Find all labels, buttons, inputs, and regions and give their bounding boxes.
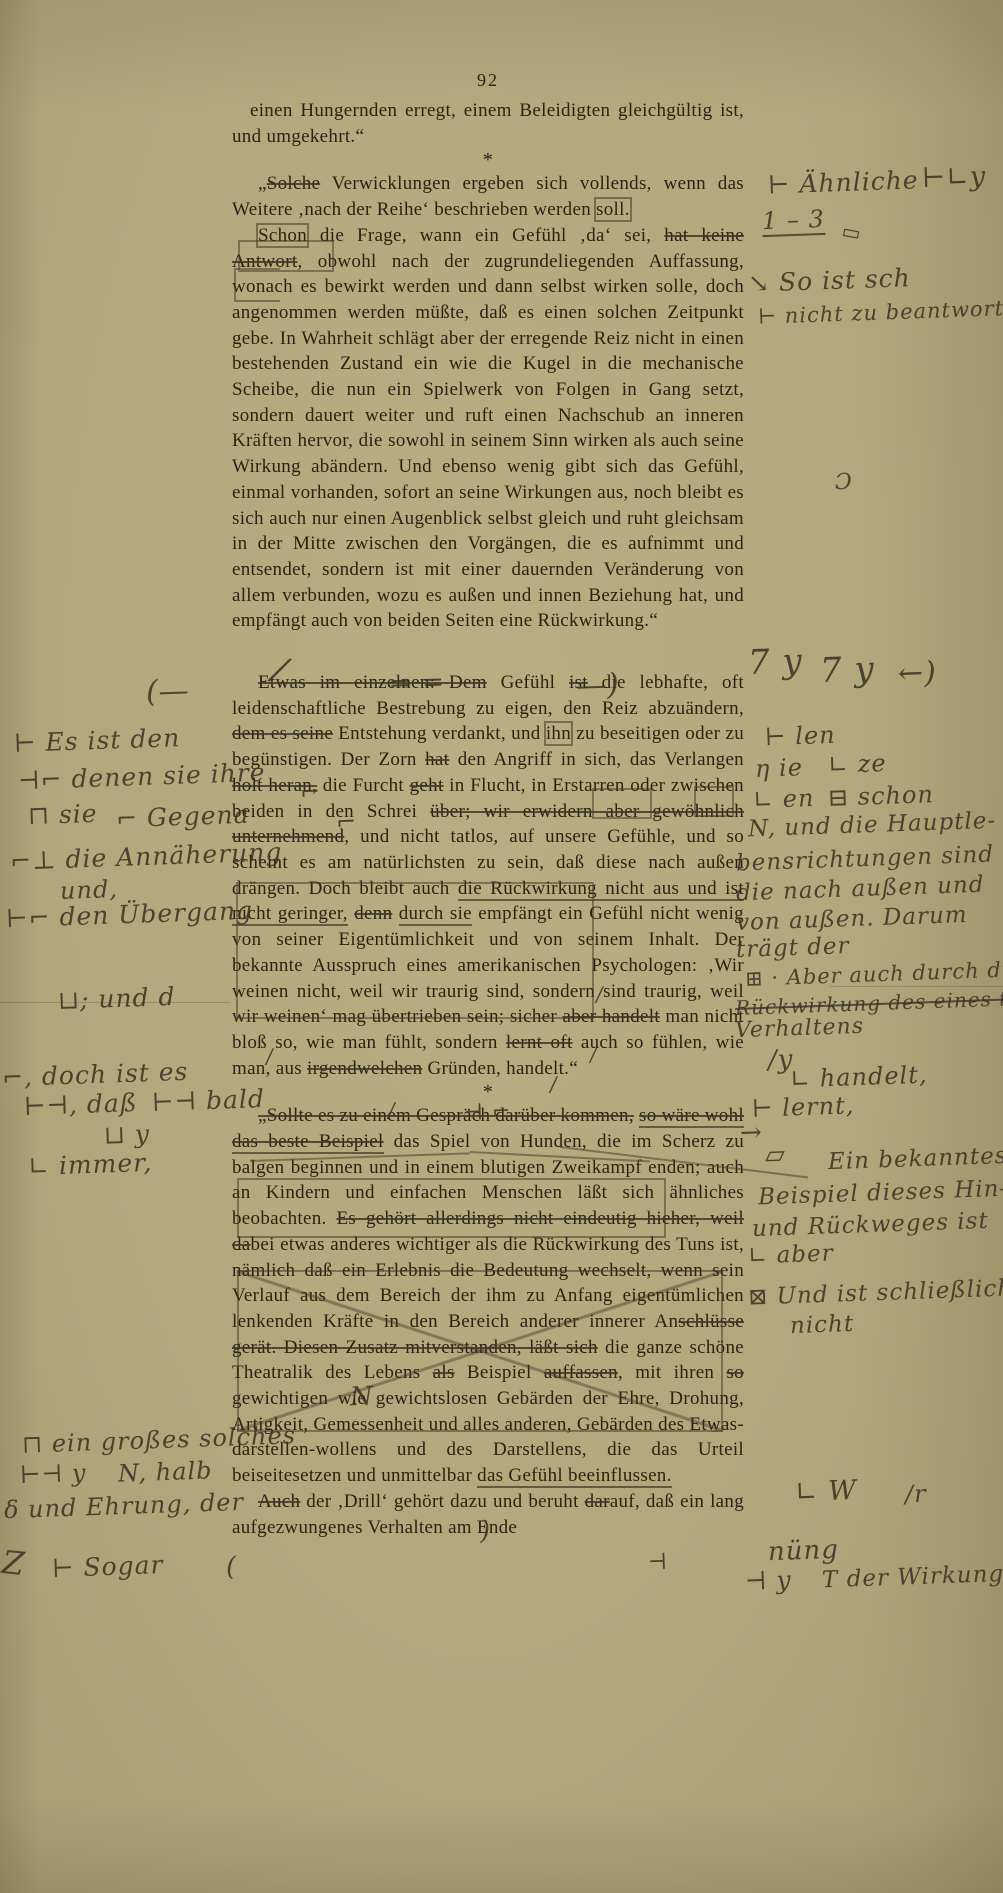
margin-annotation: ⊢ Sogar <box>52 1550 164 1583</box>
text-segment: Entstehung verdankt, und <box>333 723 546 744</box>
paragraph: Etwas im einzelnen: Dem Gefühl ist die l… <box>232 670 744 1081</box>
pencil-crossed-box <box>237 1270 723 1432</box>
margin-annotation: ⊢ len <box>765 721 837 751</box>
margin-annotation: T der Wirkung, <box>822 1561 1003 1594</box>
pencil-mark: ⌐ <box>336 808 358 837</box>
margin-annotation: ▱ <box>764 1140 786 1171</box>
margin-annotation: ⊣ y <box>745 1565 793 1596</box>
pencil-mark: ⌐ <box>300 778 322 807</box>
text-segment: die Furcht <box>317 775 409 796</box>
page-number: 92 <box>232 70 744 91</box>
pencil-mark: ) <box>479 1516 491 1546</box>
pencil-mark: ⊣ ⌐ <box>464 1099 512 1126</box>
margin-annotation: η ie <box>755 753 804 783</box>
margin-annotation: trägt der <box>736 933 850 963</box>
margin-annotation: Ɔ <box>835 470 854 496</box>
margin-annotation: ⊢ Ähnliche <box>768 165 920 199</box>
margin-annotation: ⊓ sie <box>28 799 98 830</box>
text-segment: dem es seine <box>232 723 333 744</box>
margin-annotation: und Rückweges ist <box>752 1208 990 1242</box>
paragraph: „Solche Verwicklungen ergeben sich volle… <box>232 171 744 222</box>
margin-annotation: 1 – 3 <box>761 205 825 237</box>
text-segment: soll. <box>596 199 630 220</box>
margin-annotation: von außen. Darum <box>736 902 968 936</box>
pencil-mark: ( <box>225 1552 237 1582</box>
text-segment: , obwohl nach der zugrundeliegenden Auff… <box>232 251 744 632</box>
section-separator: * <box>232 149 744 171</box>
pencil-mark: N <box>349 1382 374 1413</box>
margin-annotation: nicht <box>790 1311 855 1339</box>
pencil-box <box>694 786 734 817</box>
text-segment: der ‚Drill‘ gehört dazu und beruht <box>300 1491 584 1512</box>
pencil-mark: (— <box>145 673 190 710</box>
pencil-mark: / <box>388 1098 397 1122</box>
margin-annotation: N, halb <box>118 1456 213 1487</box>
text-segment: Gefühl <box>487 672 569 693</box>
margin-annotation: → <box>739 1118 763 1149</box>
margin-annotation: 7 y <box>819 649 875 691</box>
margin-annotation: ∟ immer, <box>28 1148 153 1181</box>
margin-annotation: ⊢ nicht zu beantworten <box>758 295 1003 329</box>
margin-annotation: ⊢⊣ bald <box>152 1084 266 1117</box>
text-segment: „Sollte es zu einem Gespräch darüber kom… <box>258 1105 634 1126</box>
margin-annotation: 7 y <box>747 641 803 683</box>
scanned-book-page: { "page": { "number": "92" }, "colors": … <box>0 0 1003 1893</box>
margin-annotation: δ und Ehrung, der <box>4 1488 245 1524</box>
margin-annotation: Ein bekanntes <box>828 1143 1003 1175</box>
margin-annotation: ←) <box>897 655 937 691</box>
margin-annotation: ∟ ze <box>828 749 888 779</box>
margin-annotation: Z <box>0 1543 27 1583</box>
margin-annotation: ⊣⌐ denen sie ihre <box>18 758 266 796</box>
pencil-mark: / <box>590 1042 599 1066</box>
paragraph: Schon die Frage, wann ein Gefühl ‚da‘ se… <box>232 223 744 634</box>
pencil-mark: / <box>266 1044 275 1068</box>
pencil-mark: ⇒ = <box>389 667 445 699</box>
margin-annotation: ∟ handelt, <box>790 1061 928 1094</box>
margin-annotation: Verhaltens <box>735 1014 865 1043</box>
text-segment: irgendwelchen <box>307 1058 422 1079</box>
margin-annotation: ⊢∟y <box>921 161 986 194</box>
text-segment: den Angriff in sich, das Verlangen <box>449 749 744 770</box>
margin-annotation: ⊢⌐ den Übergang <box>6 896 254 934</box>
margin-annotation: /r <box>905 1480 928 1509</box>
text-segment: das Gefühl beeinflussen. <box>477 1465 672 1488</box>
margin-annotation: ⊢ lernt, <box>752 1091 855 1123</box>
paragraph-fragment: einen Hungernden erregt, einem Beleidigt… <box>232 98 744 149</box>
margin-annotation: ⊟ schon <box>828 780 935 812</box>
text-segment: dar <box>585 1491 610 1512</box>
margin-annotation: ↘ So ist sch <box>748 263 912 298</box>
margin-annotation: Beispiel dieses Hin- <box>758 1176 1003 1211</box>
margin-annotation: bensrichtungen sind <box>736 842 995 877</box>
margin-annotation: ▭ <box>840 218 864 245</box>
pencil-box <box>592 788 652 819</box>
text-segment: Auch <box>258 1491 300 1512</box>
margin-annotation: nüng <box>767 1535 839 1567</box>
text-segment: ihn <box>546 723 571 744</box>
margin-annotation: ⊢ Es ist den <box>14 723 181 758</box>
margin-annotation: ⊔ y <box>104 1119 151 1150</box>
margin-annotation: die nach außen und <box>736 872 985 907</box>
margin-annotation: ∟ aber <box>748 1241 834 1270</box>
pencil-box <box>237 1178 666 1238</box>
pencil-box <box>236 882 594 1019</box>
margin-annotation: ⊢⊣, daß <box>24 1088 138 1121</box>
margin-annotation: ⌐ Gegena <box>116 800 250 834</box>
margin-annotation: ∟ W <box>794 1475 857 1508</box>
text-segment: die Frage, wann ein Gefühl ‚da‘ sei, <box>307 225 664 246</box>
text-segment: geht <box>410 775 444 796</box>
text-segment: lernt oft <box>506 1032 573 1053</box>
text-segment: Solche <box>267 173 321 194</box>
pencil-mark: —) <box>575 667 620 704</box>
text-segment: hat <box>425 749 449 770</box>
margin-annotation: ⊠ Und ist schließlich <box>748 1275 1003 1310</box>
margin-annotation: ∟ en <box>753 784 815 814</box>
margin-annotation: ⊔; und d <box>58 982 176 1015</box>
text-segment: Etwas im einzelnen: Dem <box>258 672 487 693</box>
pencil-bracket <box>234 268 280 302</box>
pencil-mark: / <box>550 1072 559 1096</box>
text-segment: „ <box>258 173 267 194</box>
margin-annotation: ⊢⊣ y <box>20 1459 87 1489</box>
pencil-mark: ⊣ <box>648 1550 669 1576</box>
pencil-mark: / <box>596 982 605 1006</box>
text-segment: so <box>726 1362 744 1383</box>
